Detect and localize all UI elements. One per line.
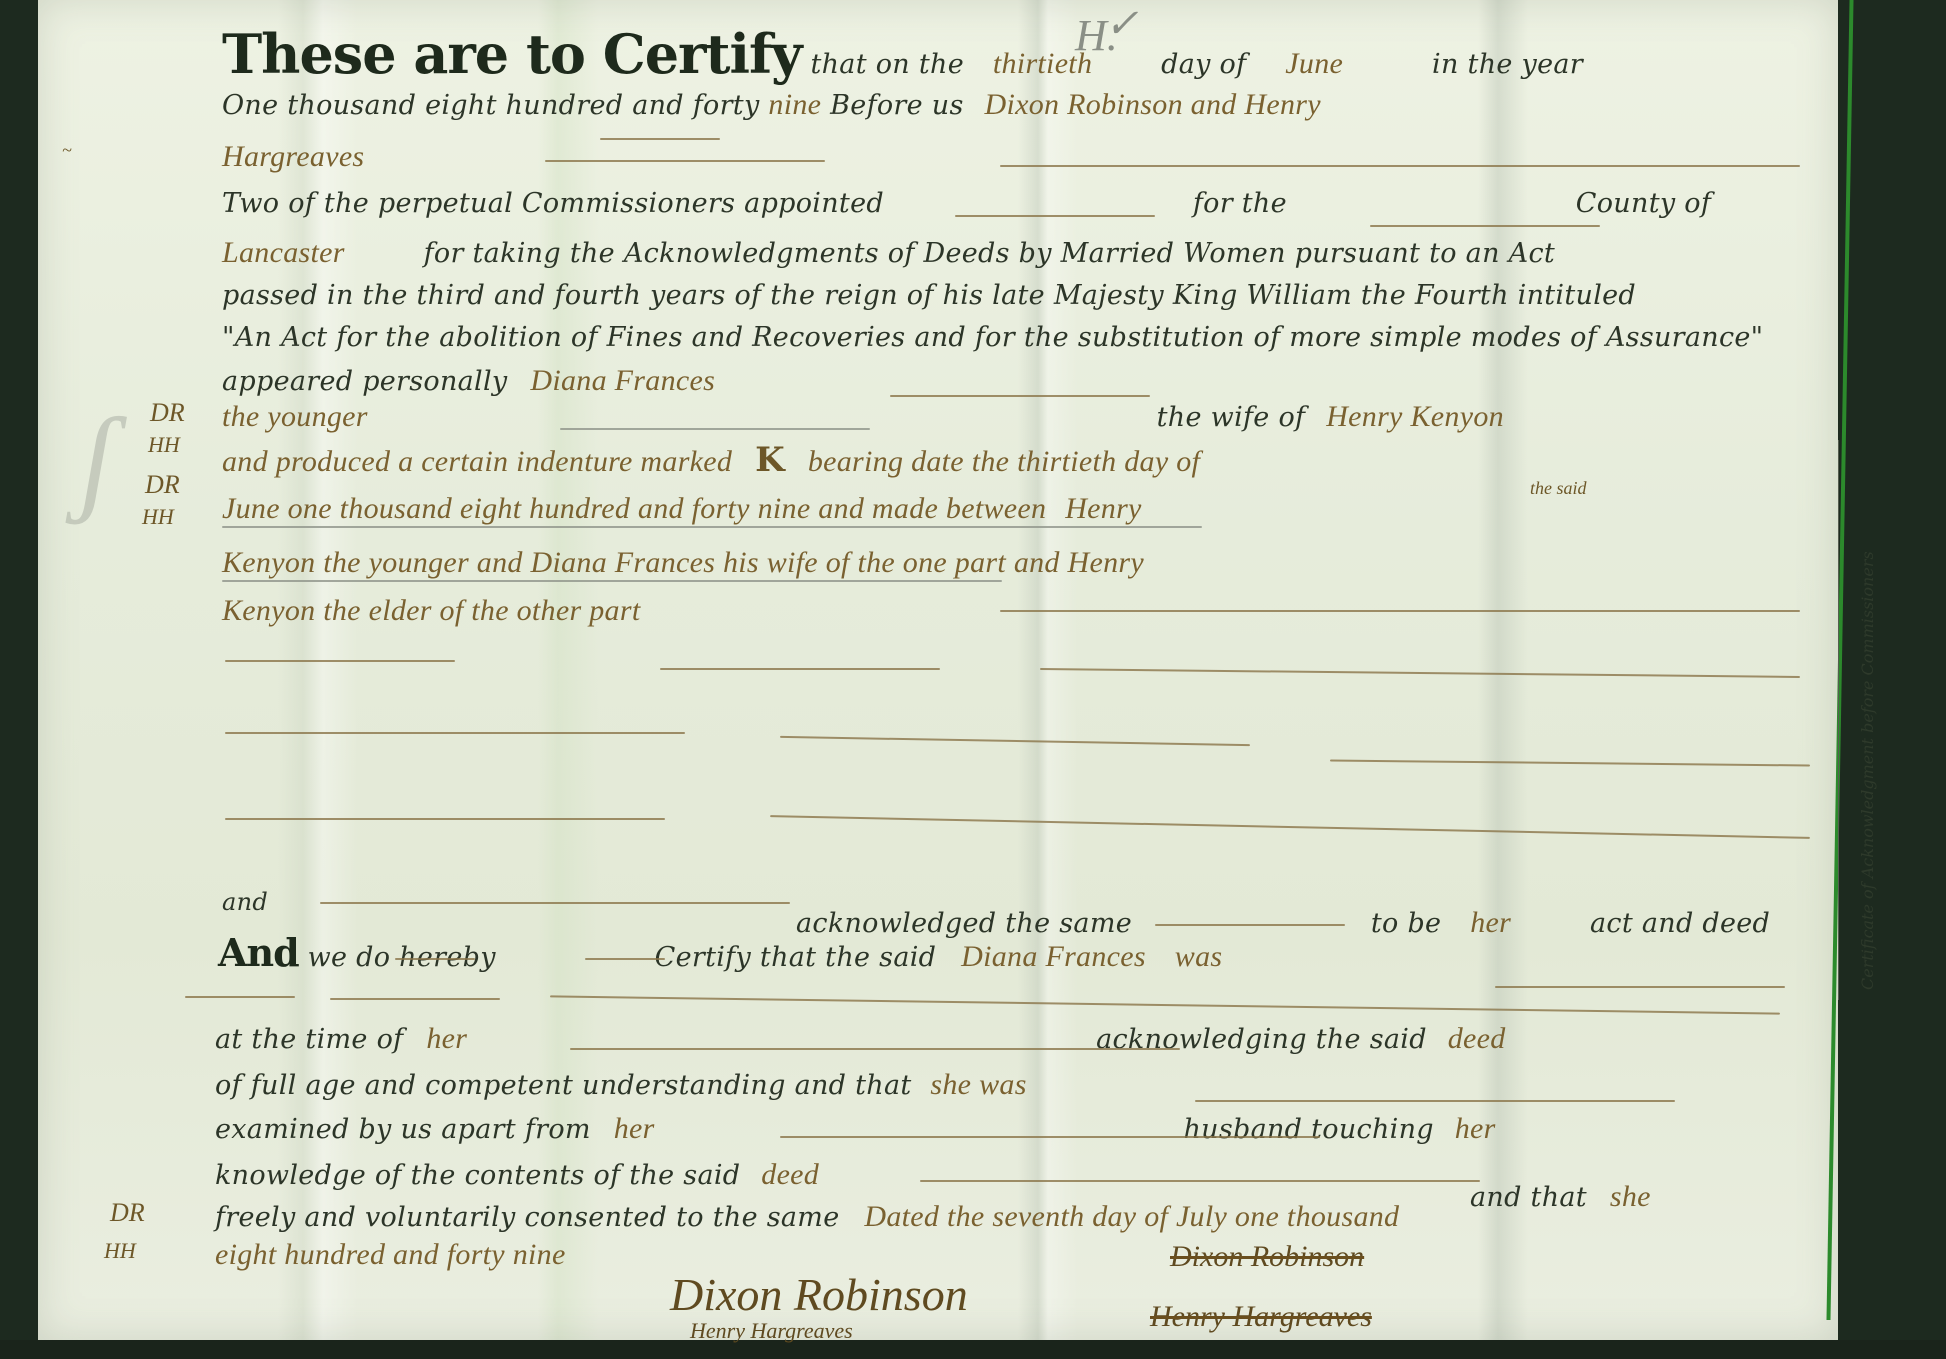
line-7: "An Act for the abolition of Fines and R… xyxy=(222,322,1763,353)
rule xyxy=(890,395,1150,397)
line-19b: and that she xyxy=(1470,1180,1651,1214)
document-type-field: deed xyxy=(761,1158,819,1191)
printed-text: passed in the third and fourth years of … xyxy=(222,280,1636,311)
date-year-field: eight hundred and forty nine xyxy=(215,1238,566,1271)
printed-text: of full age and competent understanding … xyxy=(215,1070,912,1101)
line-17: of full age and competent understanding … xyxy=(215,1068,1027,1102)
line-12: Kenyon the younger and Diana Frances his… xyxy=(222,546,1144,580)
printed-text: and that xyxy=(1470,1182,1587,1213)
husband-name-field: Henry Kenyon xyxy=(1326,400,1504,433)
check-mark-icon: ✓ xyxy=(1105,0,1139,47)
rule xyxy=(600,138,720,140)
rule xyxy=(1000,610,1800,612)
rule xyxy=(1000,165,1800,167)
handwritten-text: bearing date the thirtieth day of xyxy=(808,445,1200,478)
date-field: Dated the seventh day of July one thousa… xyxy=(864,1200,1399,1233)
document-type-field: deed xyxy=(1448,1022,1506,1055)
line-20: freely and voluntarily consented to the … xyxy=(215,1200,1399,1234)
printed-text: County of xyxy=(1576,188,1711,219)
printed-text: One thousand eight hundred and forty xyxy=(222,90,760,121)
pronoun-field: she xyxy=(1610,1180,1651,1213)
blank-rule xyxy=(225,660,455,662)
rule xyxy=(222,580,1002,582)
rule xyxy=(585,958,665,960)
document-heading: These are to Certify xyxy=(222,22,802,86)
scan-bottom-border xyxy=(0,1340,1946,1359)
line-15: And we do hereby Certify that the said D… xyxy=(218,930,1222,975)
pronoun-field: her xyxy=(614,1112,655,1145)
line-18: examined by us apart from her husband to… xyxy=(215,1112,1496,1146)
printed-text: at the time of xyxy=(215,1024,403,1055)
printed-text: for the xyxy=(1193,188,1287,219)
rule xyxy=(320,902,790,904)
margin-initials: HH xyxy=(142,504,174,530)
printed-text: "An Act for the abolition of Fines and R… xyxy=(222,322,1763,353)
printed-text: act and deed xyxy=(1590,908,1770,939)
blank-rule xyxy=(225,818,665,820)
rule xyxy=(545,160,825,162)
rule xyxy=(570,1048,1180,1050)
margin-initials: DR xyxy=(110,1198,145,1228)
signature-dixon-robinson: Dixon Robinson xyxy=(670,1268,968,1321)
heading-line: These are to Certify that on the thirtie… xyxy=(222,22,1583,86)
handwritten-text: and produced a certain indenture marked xyxy=(222,445,732,478)
printed-text: to be xyxy=(1371,908,1441,939)
printed-text: husband touching xyxy=(1183,1114,1433,1145)
margin-initials: HH xyxy=(148,432,180,458)
indenture-mark: K xyxy=(755,440,785,480)
handwritten-text: Kenyon the elder of the other part xyxy=(222,594,640,627)
line-5: Lancaster for taking the Acknowledgments… xyxy=(222,236,1555,270)
side-caption: Certificate of Acknowledgment before Com… xyxy=(1858,551,1877,990)
line-13: Kenyon the elder of the other part xyxy=(222,594,640,628)
rule xyxy=(1495,986,1785,988)
rule xyxy=(955,215,1155,217)
line-21: eight hundred and forty nine xyxy=(215,1238,566,1272)
rule xyxy=(560,428,870,430)
printed-text: day of xyxy=(1161,49,1246,80)
rule xyxy=(920,1180,1480,1182)
wife-name-field: Diana Frances xyxy=(530,364,715,397)
handwritten-text: she was xyxy=(930,1068,1026,1101)
handwritten-text: was xyxy=(1175,940,1223,973)
year-field: nine xyxy=(768,88,821,121)
handwritten-text: June one thousand eight hundred and fort… xyxy=(222,492,1046,525)
margin-initials: DR xyxy=(145,470,180,500)
side-rule xyxy=(1838,440,1839,1000)
county-field: Lancaster xyxy=(222,236,345,269)
printed-text: and xyxy=(222,888,268,916)
handwritten-text: Henry xyxy=(1065,492,1141,525)
commissioners-field: Dixon Robinson and Henry xyxy=(985,88,1321,121)
printed-text: Two of the perpetual Commissioners appoi… xyxy=(222,188,884,219)
printed-text: that on the xyxy=(810,49,964,80)
printed-text: appeared personally xyxy=(222,366,507,397)
line-10: and produced a certain indenture marked … xyxy=(222,440,1200,480)
printed-text: the wife of xyxy=(1157,402,1306,433)
pronoun-field: her xyxy=(426,1022,467,1055)
commissioner-surname: Hargreaves xyxy=(222,140,364,173)
rule xyxy=(395,958,475,960)
and-heading: And xyxy=(218,930,299,975)
printed-text: examined by us apart from xyxy=(215,1114,591,1145)
printed-text: Before us xyxy=(830,90,963,121)
younger-note: the younger xyxy=(222,400,368,433)
struck-signature-1: Dixon Robinson xyxy=(1170,1240,1364,1274)
rule xyxy=(1370,225,1600,227)
line-19: knowledge of the contents of the said de… xyxy=(215,1158,819,1192)
printed-text: for taking the Acknowledgments of Deeds … xyxy=(424,238,1555,269)
blank-rule xyxy=(225,732,685,734)
line-8: appeared personally Diana Frances xyxy=(222,364,715,398)
pronoun-field: her xyxy=(1455,1112,1496,1145)
rule xyxy=(330,998,500,1000)
month-field: June xyxy=(1285,47,1343,80)
rule xyxy=(780,1136,1320,1138)
printed-text: Certify that the said xyxy=(655,942,937,973)
rule xyxy=(1155,924,1345,926)
line-14: and xyxy=(222,888,268,916)
blank-rule xyxy=(660,668,940,670)
margin-mark: ~ xyxy=(62,140,72,161)
margin-initials: HH xyxy=(104,1238,136,1264)
printed-text: in the year xyxy=(1432,49,1583,80)
line-3: Hargreaves xyxy=(222,140,364,174)
insertion-note: the said xyxy=(1530,478,1587,499)
line-16: at the time of her acknowledging the sai… xyxy=(215,1022,1506,1056)
signature-henry-hargreaves: Henry Hargreaves xyxy=(690,1318,853,1344)
margin-initials: DR xyxy=(150,398,185,428)
line-6: passed in the third and fourth years of … xyxy=(222,280,1636,311)
rule xyxy=(1195,1100,1675,1102)
line-2: One thousand eight hundred and forty nin… xyxy=(222,88,1321,122)
printed-text: knowledge of the contents of the said xyxy=(215,1160,740,1191)
handwritten-text: Kenyon the younger and Diana Frances his… xyxy=(222,546,1144,579)
wife-name-field: Diana Frances xyxy=(961,940,1146,973)
struck-signature-2: Henry Hargreaves xyxy=(1150,1300,1372,1334)
rule xyxy=(222,526,1202,528)
pronoun-field: her xyxy=(1470,906,1511,939)
line-11: June one thousand eight hundred and fort… xyxy=(222,492,1142,526)
printed-text: acknowledging the said xyxy=(1096,1024,1427,1055)
pencil-scribble: ʃ xyxy=(80,390,114,528)
printed-text: freely and voluntarily consented to the … xyxy=(215,1202,839,1233)
rule xyxy=(185,996,295,998)
